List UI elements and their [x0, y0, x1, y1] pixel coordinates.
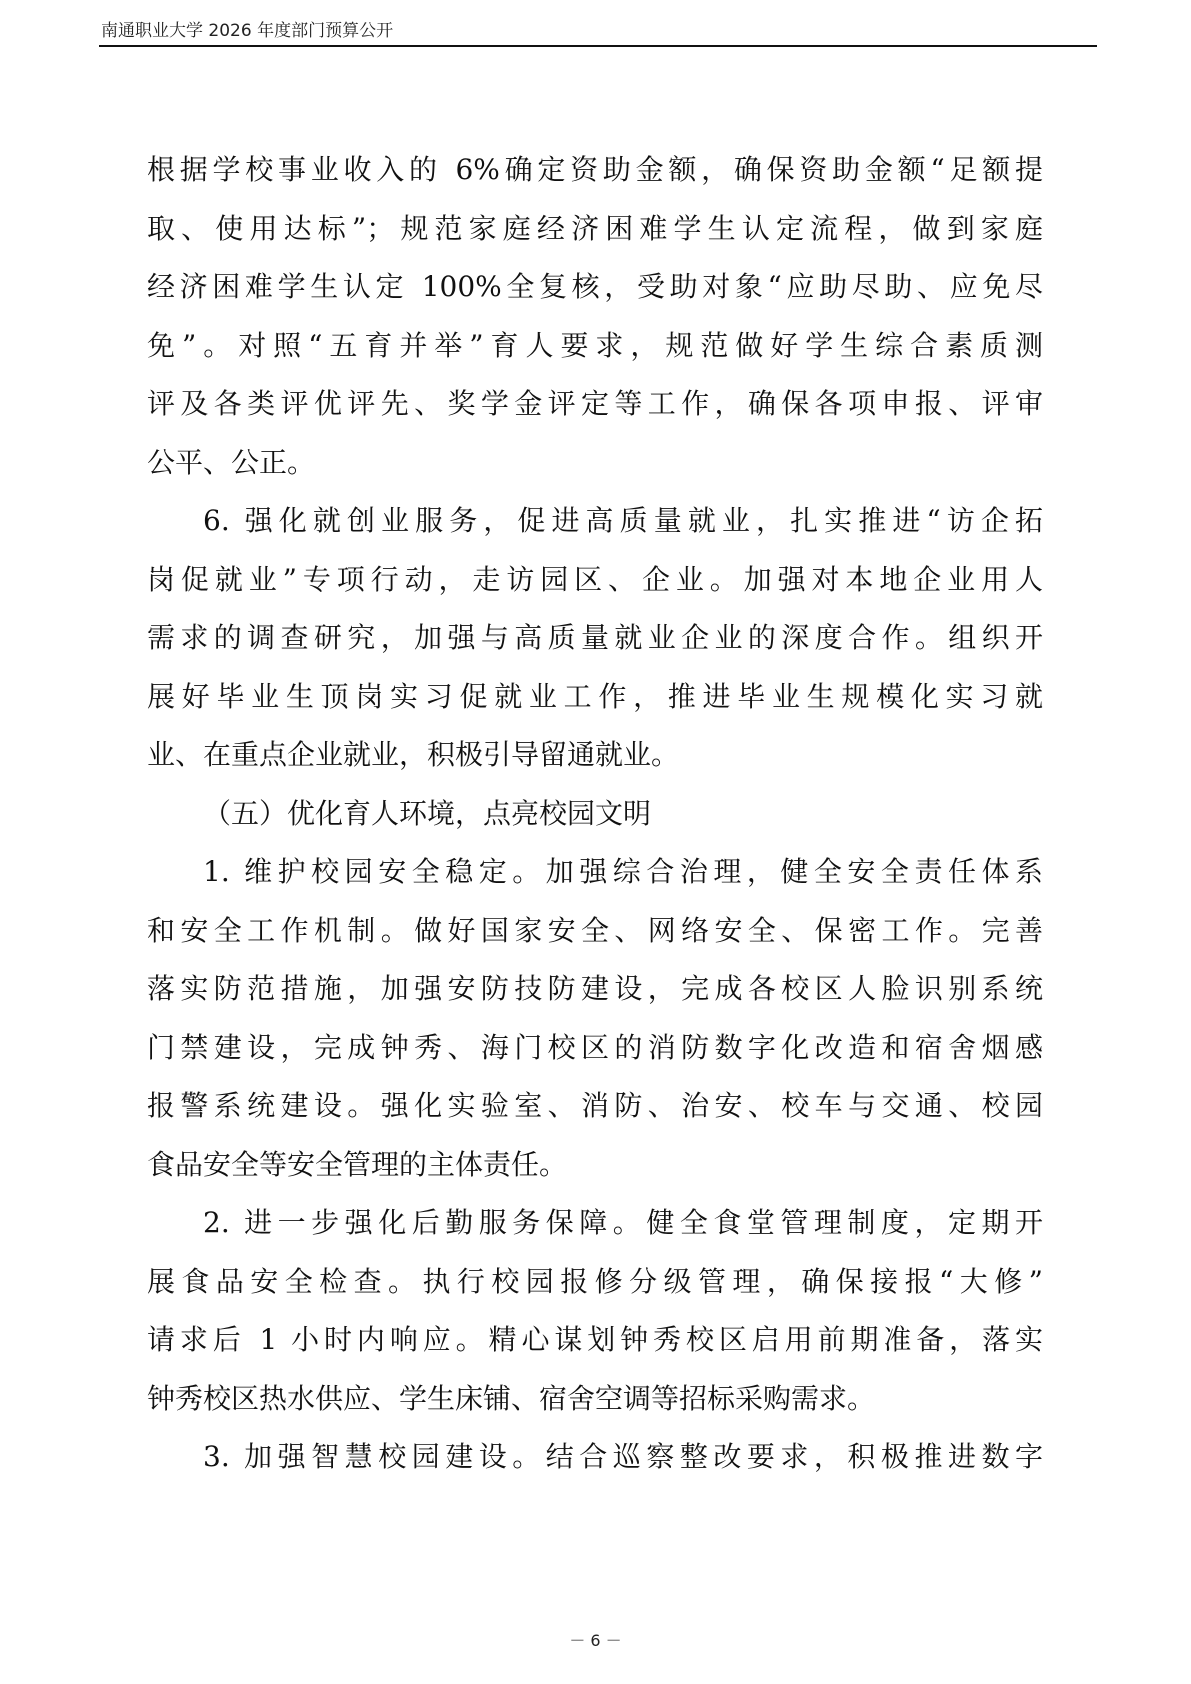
- text-line: 钟秀校区热水供应、学生床铺、宿舍空调等招标采购需求。: [147, 1379, 1043, 1438]
- header-divider: [99, 45, 1097, 47]
- text-line: 经济困难学生认定 100%全复核，受助对象“应助尽助、应免尽: [147, 267, 1043, 326]
- text-line: 食品安全等安全管理的主体责任。: [147, 1145, 1043, 1204]
- text-line: 请求后 1 小时内响应。精心谋划钟秀校区启用前期准备，落实: [147, 1320, 1043, 1379]
- section-heading: （五）优化育人环境，点亮校园文明: [147, 794, 1043, 853]
- page-number: － 6 －: [0, 1628, 1191, 1651]
- text-line: 展食品安全检查。执行校园报修分级管理，确保接报“大修”: [147, 1262, 1043, 1321]
- text-line: 报警系统建设。强化实验室、消防、治安、校车与交通、校园: [147, 1086, 1043, 1145]
- text-line: 门禁建设，完成钟秀、海门校区的消防数字化改造和宿舍烟感: [147, 1028, 1043, 1087]
- text-line: 和安全工作机制。做好国家安全、网络安全、保密工作。完善: [147, 911, 1043, 970]
- paragraph-first-line: 3. 加强智慧校园建设。结合巡察整改要求，积极推进数字: [147, 1437, 1043, 1496]
- text-line: 评及各类评优评先、奖学金评定等工作，确保各项申报、评审: [147, 384, 1043, 443]
- paragraph-first-line: 1. 维护校园安全稳定。加强综合治理，健全安全责任体系: [147, 852, 1043, 911]
- text-line: 落实防范措施，加强安防技防建设，完成各校区人脸识别系统: [147, 969, 1043, 1028]
- paragraph-first-line: 6. 强化就创业服务，促进高质量就业，扎实推进“访企拓: [147, 501, 1043, 560]
- document-body: 根据学校事业收入的 6%确定资助金额，确保资助金额“足额提 取、使用达标”；规范…: [147, 150, 1043, 1496]
- text-line: 需求的调查研究，加强与高质量就业企业的深度合作。组织开: [147, 618, 1043, 677]
- text-line: 展好毕业生顶岗实习促就业工作，推进毕业生规模化实习就: [147, 677, 1043, 736]
- text-line: 取、使用达标”；规范家庭经济困难学生认定流程，做到家庭: [147, 209, 1043, 268]
- text-line: 根据学校事业收入的 6%确定资助金额，确保资助金额“足额提: [147, 150, 1043, 209]
- text-line: 岗促就业”专项行动，走访园区、企业。加强对本地企业用人: [147, 560, 1043, 619]
- text-line: 公平、公正。: [147, 443, 1043, 502]
- paragraph-first-line: 2. 进一步强化后勤服务保障。健全食堂管理制度，定期开: [147, 1203, 1043, 1262]
- text-line: 免”。对照“五育并举”育人要求，规范做好学生综合素质测: [147, 326, 1043, 385]
- text-line: 业、在重点企业就业，积极引导留通就业。: [147, 735, 1043, 794]
- document-header-title: 南通职业大学 2026 年度部门预算公开: [101, 16, 393, 41]
